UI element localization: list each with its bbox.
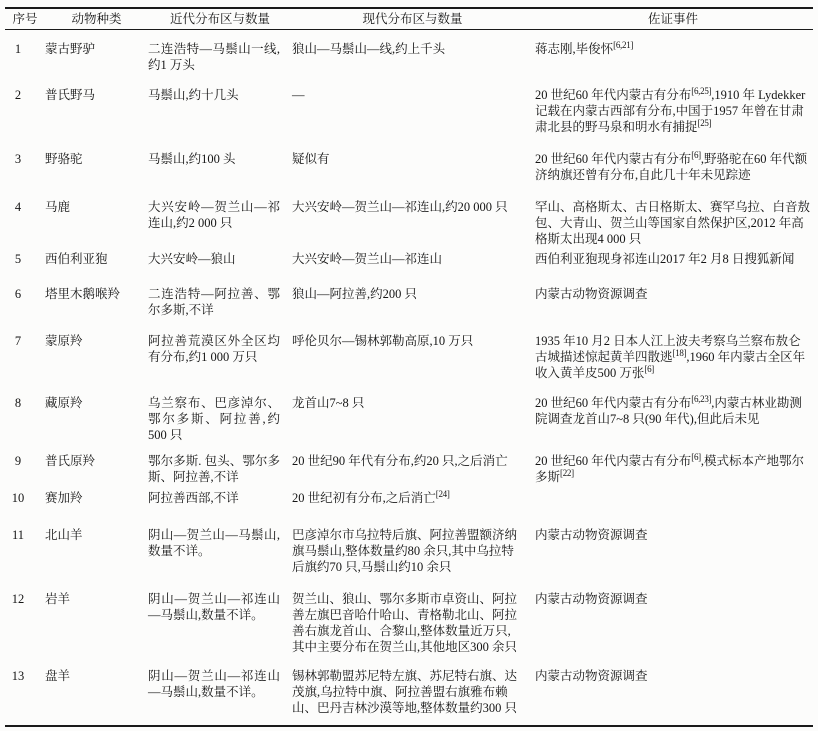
cell-modern-distribution: 阴山—贺兰山—马鬃山,数量不详。	[148, 527, 292, 559]
table-row: 4 马鹿 大兴安岭—贺兰山—祁连山,约2 000 只 大兴安岭—贺兰山—祁连山,…	[5, 199, 813, 251]
cell-current-distribution: 20 世纪90 年代有分布,约20 只,之后消亡	[292, 453, 533, 469]
cell-current-distribution: 巴彦淖尔市乌拉特后旗、阿拉善盟额济纳旗马鬃山,整体数量约80 余只,其中乌拉特后…	[292, 527, 533, 575]
cell-evidence: 20 世纪60 年代内蒙古有分布[6],野骆驼在60 年代额济纳旗还曾有分布,自…	[533, 151, 813, 183]
table-row: 2 普氏野马 马鬃山,约十几头 — 20 世纪60 年代内蒙古有分布[6,25]…	[5, 87, 813, 151]
cell-index: 12	[5, 591, 45, 607]
cell-species-name: 赛加羚	[45, 490, 148, 506]
col-header-modern-distribution: 近代分布区与数量	[148, 11, 292, 27]
cell-index: 2	[5, 87, 45, 103]
cell-modern-distribution: 乌兰察布、巴彦淖尔、鄂尔多斯、阿拉善,约500 只	[148, 395, 292, 443]
col-header-index: 序号	[5, 11, 45, 27]
cell-index: 1	[5, 41, 45, 57]
cell-modern-distribution: 阴山—贺兰山—祁连山—马鬃山,数量不详。	[148, 591, 292, 623]
cell-current-distribution: 狼山—马鬃山—线,约上千头	[292, 41, 533, 57]
cell-index: 3	[5, 151, 45, 167]
col-header-evidence: 佐证事件	[533, 11, 813, 27]
cell-species-name: 岩羊	[45, 591, 148, 607]
cell-current-distribution: 20 世纪初有分布,之后消亡[24]	[292, 490, 533, 506]
cell-species-name: 塔里木鹅喉羚	[45, 286, 148, 302]
paper-page: 序号 动物种类 近代分布区与数量 现代分布区与数量 佐证事件 1 蒙古野驴 二连…	[0, 0, 818, 731]
cell-current-distribution: —	[292, 87, 533, 103]
col-header-species: 动物种类	[45, 11, 148, 27]
cell-evidence: 西伯利亚狍现身祁连山2017 年2 月8 日搜狐新闻	[533, 251, 813, 267]
cell-evidence: 20 世纪60 年代内蒙古有分布[6,25],1910 年 Lydekker 记…	[533, 87, 813, 135]
table-row: 10 赛加羚 阿拉善西部,不详 20 世纪初有分布,之后消亡[24]	[5, 490, 813, 527]
cell-modern-distribution: 二连浩特—马鬃山一线,约1 万头	[148, 41, 292, 73]
table-row: 3 野骆驼 马鬃山,约100 头 疑似有 20 世纪60 年代内蒙古有分布[6]…	[5, 151, 813, 199]
cell-species-name: 野骆驼	[45, 151, 148, 167]
cell-modern-distribution: 鄂尔多斯. 包头、鄂尔多斯、阿拉善,不详	[148, 453, 292, 485]
cell-species-name: 普氏野马	[45, 87, 148, 103]
table-row: 5 西伯利亚狍 大兴安岭—狼山 大兴安岭—贺兰山—祁连山 西伯利亚狍现身祁连山2…	[5, 251, 813, 286]
cell-index: 11	[5, 527, 45, 543]
cell-species-name: 蒙原羚	[45, 333, 148, 349]
cell-index: 6	[5, 286, 45, 302]
cell-current-distribution: 疑似有	[292, 151, 533, 167]
cell-index: 4	[5, 199, 45, 215]
species-distribution-table: 序号 动物种类 近代分布区与数量 现代分布区与数量 佐证事件 1 蒙古野驴 二连…	[5, 7, 813, 727]
table-row: 7 蒙原羚 阿拉善荒漠区外全区均有分布,约1 000 万只 呼伦贝尔—锡林郭勒高…	[5, 333, 813, 395]
table-row: 8 藏原羚 乌兰察布、巴彦淖尔、鄂尔多斯、阿拉善,约500 只 龙首山7~8 只…	[5, 395, 813, 453]
cell-species-name: 盘羊	[45, 668, 148, 684]
cell-index: 5	[5, 251, 45, 267]
cell-evidence: 内蒙古动物资源调查	[533, 286, 813, 302]
cell-modern-distribution: 阿拉善西部,不详	[148, 490, 292, 506]
cell-modern-distribution: 马鬃山,约十几头	[148, 87, 292, 103]
cell-modern-distribution: 二连浩特—阿拉善、鄂尔多斯,不详	[148, 286, 292, 318]
cell-species-name: 北山羊	[45, 527, 148, 543]
cell-index: 13	[5, 668, 45, 684]
cell-current-distribution: 大兴安岭—贺兰山—祁连山,约20 000 只	[292, 199, 533, 215]
cell-current-distribution: 大兴安岭—贺兰山—祁连山	[292, 251, 533, 267]
cell-evidence: 内蒙古动物资源调查	[533, 527, 813, 543]
cell-current-distribution: 贺兰山、狼山、鄂尔多斯市卓资山、阿拉善左旗巴音哈什哈山、青格勒北山、阿拉善右旗龙…	[292, 591, 533, 655]
table-row: 13 盘羊 阴山—贺兰山—祁连山—马鬃山,数量不详。 锡林郭勒盟苏尼特左旗、苏尼…	[5, 668, 813, 725]
cell-current-distribution: 龙首山7~8 只	[292, 395, 533, 411]
cell-modern-distribution: 马鬃山,约100 头	[148, 151, 292, 167]
table-row: 12 岩羊 阴山—贺兰山—祁连山—马鬃山,数量不详。 贺兰山、狼山、鄂尔多斯市卓…	[5, 591, 813, 668]
cell-evidence: 蒋志刚,毕俊怀[6,21]	[533, 41, 813, 57]
cell-index: 10	[5, 490, 45, 506]
table-body: 1 蒙古野驴 二连浩特—马鬃山一线,约1 万头 狼山—马鬃山—线,约上千头 蒋志…	[5, 30, 813, 725]
cell-modern-distribution: 大兴安岭—狼山	[148, 251, 292, 267]
cell-evidence: 1935 年10 月2 日本人江上波夫考察乌兰察布敖仑古城描述惊起黄羊四散逃[1…	[533, 333, 813, 381]
cell-evidence: 内蒙古动物资源调查	[533, 668, 813, 684]
cell-species-name: 马鹿	[45, 199, 148, 215]
cell-species-name: 藏原羚	[45, 395, 148, 411]
cell-evidence: 内蒙古动物资源调查	[533, 591, 813, 607]
table-row: 11 北山羊 阴山—贺兰山—马鬃山,数量不详。 巴彦淖尔市乌拉特后旗、阿拉善盟额…	[5, 527, 813, 591]
cell-evidence: 20 世纪60 年代内蒙古有分布[6],模式标本产地鄂尔多斯[22]	[533, 453, 813, 485]
cell-evidence: 罕山、高格斯太、古日格斯太、赛罕乌拉、白音敖包、大青山、贺兰山等国家自然保护区,…	[533, 199, 813, 247]
col-header-current-distribution: 现代分布区与数量	[292, 11, 533, 27]
cell-species-name: 蒙古野驴	[45, 41, 148, 57]
cell-current-distribution: 狼山—阿拉善,约200 只	[292, 286, 533, 302]
cell-index: 7	[5, 333, 45, 349]
cell-evidence: 20 世纪60 年代内蒙古有分布[6,23],内蒙古林业勘测院调查龙首山7~8 …	[533, 395, 813, 427]
table-header-row: 序号 动物种类 近代分布区与数量 现代分布区与数量 佐证事件	[5, 9, 813, 30]
cell-current-distribution: 呼伦贝尔—锡林郭勒高原,10 万只	[292, 333, 533, 349]
cell-modern-distribution: 大兴安岭—贺兰山—祁连山,约2 000 只	[148, 199, 292, 231]
cell-modern-distribution: 阴山—贺兰山—祁连山—马鬃山,数量不详。	[148, 668, 292, 700]
cell-species-name: 普氏原羚	[45, 453, 148, 469]
cell-species-name: 西伯利亚狍	[45, 251, 148, 267]
cell-index: 9	[5, 453, 45, 469]
table-row: 1 蒙古野驴 二连浩特—马鬃山一线,约1 万头 狼山—马鬃山—线,约上千头 蒋志…	[5, 41, 813, 87]
cell-modern-distribution: 阿拉善荒漠区外全区均有分布,约1 000 万只	[148, 333, 292, 365]
table-row: 6 塔里木鹅喉羚 二连浩特—阿拉善、鄂尔多斯,不详 狼山—阿拉善,约200 只 …	[5, 286, 813, 333]
cell-current-distribution: 锡林郭勒盟苏尼特左旗、苏尼特右旗、达茂旗,乌拉特中旗、阿拉善盟右旗雅布赖山、巴丹…	[292, 668, 533, 716]
table-row: 9 普氏原羚 鄂尔多斯. 包头、鄂尔多斯、阿拉善,不详 20 世纪90 年代有分…	[5, 453, 813, 490]
cell-index: 8	[5, 395, 45, 411]
